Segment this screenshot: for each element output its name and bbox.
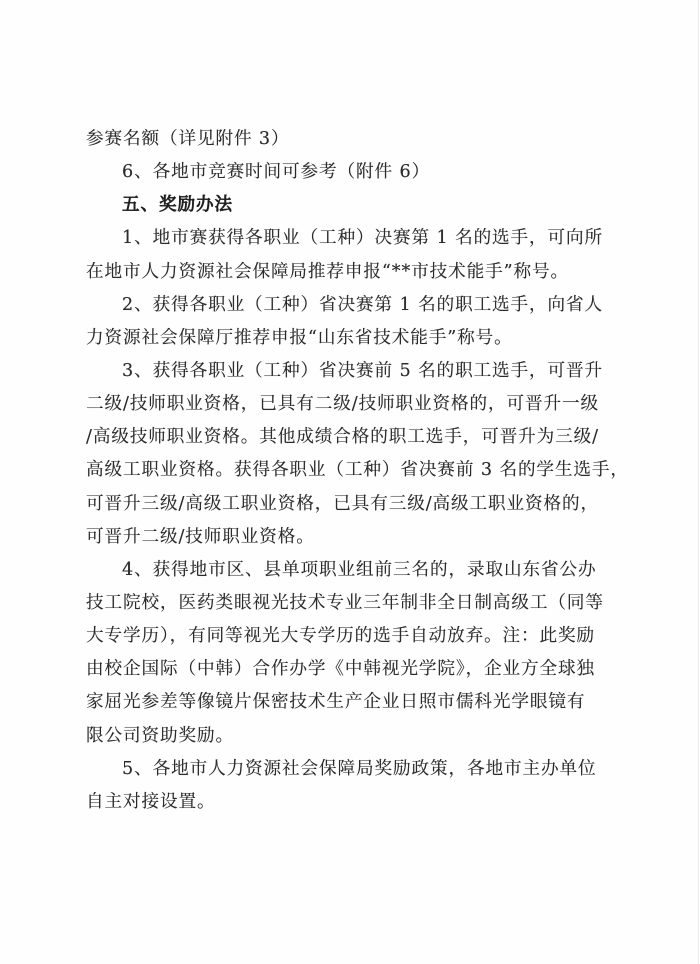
text-line: 1、地市赛获得各职业（工种）决赛第 1 名的选手，可向所 <box>86 222 608 255</box>
paragraph-reward-5: 5、各地市人力资源社会保障局奖励政策，各地市主办单位 自主对接设置。 <box>86 753 608 819</box>
text-line: /高级技师职业资格。其他成绩合格的职工选手，可晋升为三级/ <box>86 421 608 454</box>
text-line: 在地市人力资源社会保障局推荐申报“**市技术能手”称号。 <box>86 256 608 289</box>
paragraph-quota-continuation: 参赛名额（详见附件 3） <box>86 123 608 156</box>
text-line: 技工院校，医药类眼视光技术专业三年制非全日制高级工（同等 <box>86 587 608 620</box>
text-line: 家屈光参差等像镜片保密技术生产企业日照市儒科光学眼镜有 <box>86 686 608 719</box>
document-page: 参赛名额（详见附件 3） 6、各地市竞赛时间可参考（附件 6） 五、奖励办法 1… <box>0 0 700 964</box>
text-line: 限公司资助奖励。 <box>86 720 608 753</box>
text-line: 可晋升二级/技师职业资格。 <box>86 521 608 554</box>
paragraph-reward-1: 1、地市赛获得各职业（工种）决赛第 1 名的选手，可向所 在地市人力资源社会保障… <box>86 222 608 288</box>
paragraph-reward-2: 2、获得各职业（工种）省决赛第 1 名的职工选手，向省人 力资源社会保障厅推荐申… <box>86 289 608 355</box>
text-line: 6、各地市竞赛时间可参考（附件 6） <box>86 156 608 189</box>
text-line: 由校企国际（中韩）合作办学《中韩视光学院》，企业方全球独 <box>86 653 608 686</box>
document-body: 参赛名额（详见附件 3） 6、各地市竞赛时间可参考（附件 6） 五、奖励办法 1… <box>86 123 608 819</box>
text-line: 2、获得各职业（工种）省决赛第 1 名的职工选手，向省人 <box>86 289 608 322</box>
paragraph-reward-4: 4、获得地市区、县单项职业组前三名的，录取山东省公办 技工院校，医药类眼视光技术… <box>86 554 608 753</box>
text-line: 大专学历），有同等视光大专学历的选手自动放弃。注：此奖励 <box>86 620 608 653</box>
text-line: 二级/技师职业资格，已具有二级/技师职业资格的，可晋升一级 <box>86 388 608 421</box>
section-heading-rewards: 五、奖励办法 <box>86 189 608 222</box>
paragraph-item-6: 6、各地市竞赛时间可参考（附件 6） <box>86 156 608 189</box>
page-edge-divider <box>698 0 699 964</box>
text-line: 可晋升三级/高级工职业资格，已具有三级/高级工职业资格的， <box>86 488 608 521</box>
text-line: 高级工职业资格。获得各职业（工种）省决赛前 3 名的学生选手， <box>86 454 608 487</box>
text-line: 力资源社会保障厅推荐申报“山东省技术能手”称号。 <box>86 322 608 355</box>
paragraph-reward-3: 3、获得各职业（工种）省决赛前 5 名的职工选手，可晋升 二级/技师职业资格，已… <box>86 355 608 554</box>
text-line: 自主对接设置。 <box>86 786 608 819</box>
section-title: 五、奖励办法 <box>86 189 608 222</box>
text-line: 参赛名额（详见附件 3） <box>86 123 608 156</box>
text-line: 4、获得地市区、县单项职业组前三名的，录取山东省公办 <box>86 554 608 587</box>
text-line: 3、获得各职业（工种）省决赛前 5 名的职工选手，可晋升 <box>86 355 608 388</box>
text-line: 5、各地市人力资源社会保障局奖励政策，各地市主办单位 <box>86 753 608 786</box>
